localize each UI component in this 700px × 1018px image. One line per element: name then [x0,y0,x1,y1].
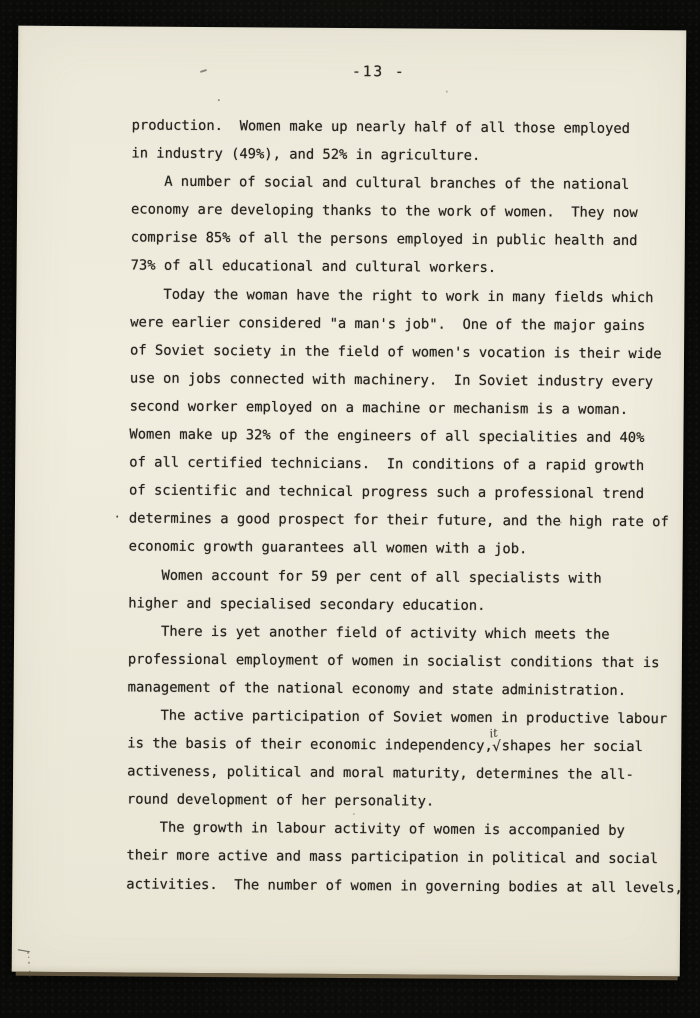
text-line: professional employment of women in soci… [128,645,688,677]
text-line: economic growth guarantees all women wit… [129,533,689,565]
text-line: of Soviet society in the field of women'… [130,336,690,368]
text-line: A number of social and cultural branches… [131,168,691,200]
text-line: ·determines a good prospect for their fu… [129,505,689,537]
text-line: economy are developing thanks to the wor… [131,196,691,228]
text-line: use on jobs connected with machinery. In… [130,364,690,396]
text-line: There is yet another field of activity w… [128,617,688,649]
text-line: Women make up 32% of the engineers of al… [129,420,689,452]
text-line: production. Women make up nearly half of… [132,111,692,143]
document-page: -13 - production. Women make up nearly h… [12,26,687,977]
ink-speck [446,91,448,93]
text-segment: is the basis of their economic independe… [127,736,493,755]
text-body: production. Women make up nearly half of… [126,111,691,902]
text-line: 73% of all educational and cultural work… [131,252,691,284]
text-line: The growth in labour activity of women i… [127,814,687,846]
ink-speck [560,521,562,523]
text-line: activeness, political and moral maturity… [127,758,687,790]
text-line: in industry (49%), and 52% in agricultur… [131,140,691,172]
margin-dot: · [114,504,121,532]
photo-background: -13 - production. Women make up nearly h… [0,0,700,1018]
ink-speck [353,813,355,815]
text-line: second worker employed on a machine or m… [130,392,690,424]
page-number: -13 - [352,64,406,80]
text-line: is the basis of their economic independe… [127,730,687,762]
text-line: of all certified technicians. In conditi… [129,449,689,481]
text-line: round development of her personality. [127,786,687,818]
text-line: management of the national economy and s… [128,673,688,705]
text-line: activities. The number of women in gover… [126,870,686,902]
pencil-mark [14,944,38,984]
text-line: The active participation of Soviet women… [127,701,687,733]
text-line: were earlier considered "a man's job". O… [130,308,690,340]
text-line: higher and specialised secondary educati… [128,589,688,621]
text-line: Today the woman have the right to work i… [130,280,690,312]
text-line: their more active and mass participation… [126,842,686,874]
text-line: of scientific and technical progress suc… [129,477,689,509]
ink-speck [200,69,207,73]
text-line: Women account for 59 per cent of all spe… [128,561,688,593]
text-segment: shapes her social [502,738,643,755]
text-line: comprise 85% of all the persons employed… [131,224,691,256]
ink-speck [218,99,220,101]
